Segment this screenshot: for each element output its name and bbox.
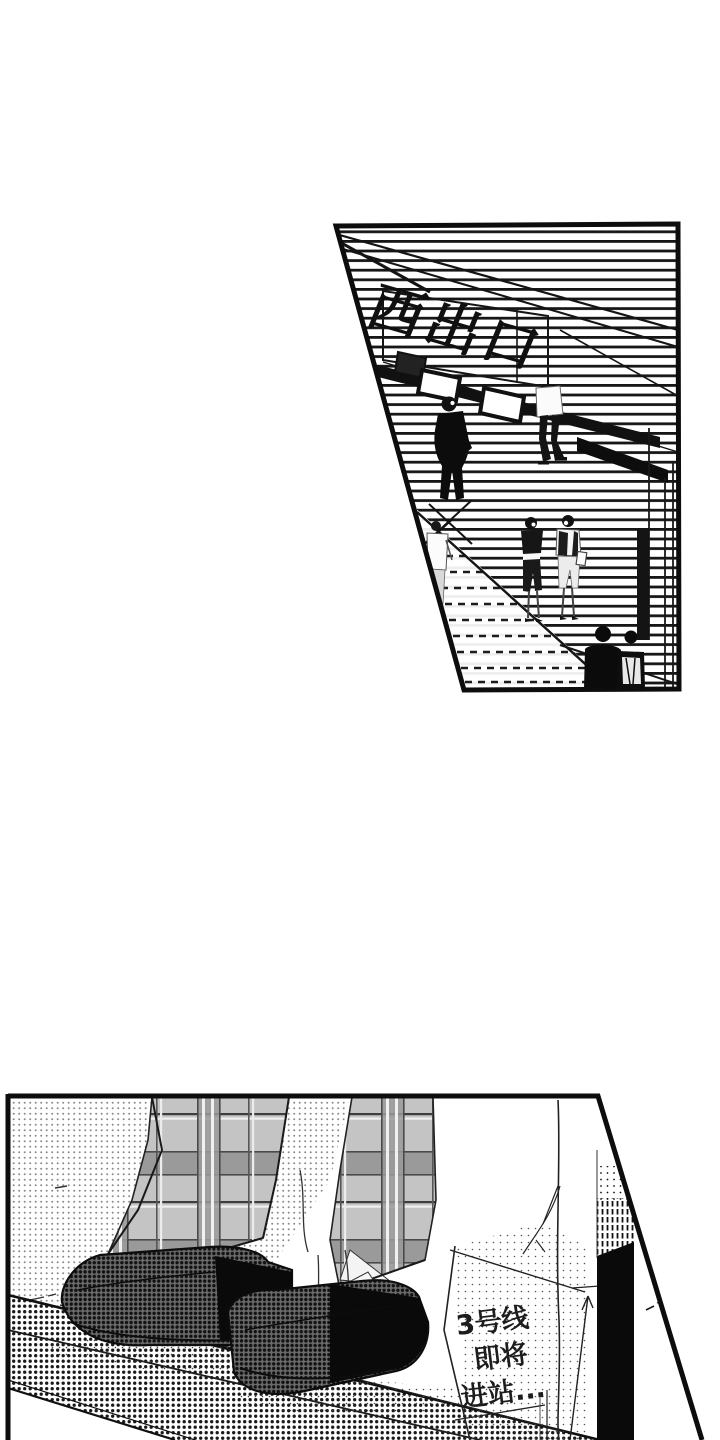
top-panel-station-scene: 西出口 <box>330 218 686 696</box>
bottom-panel-feet-scene: 3号线 即将 进站... <box>8 1096 702 1440</box>
pillar <box>637 528 649 640</box>
manga-page: 西出口 <box>0 0 720 1440</box>
page-canvas: 西出口 <box>0 0 720 1440</box>
announcement-line-2: 即将 <box>472 1339 529 1376</box>
